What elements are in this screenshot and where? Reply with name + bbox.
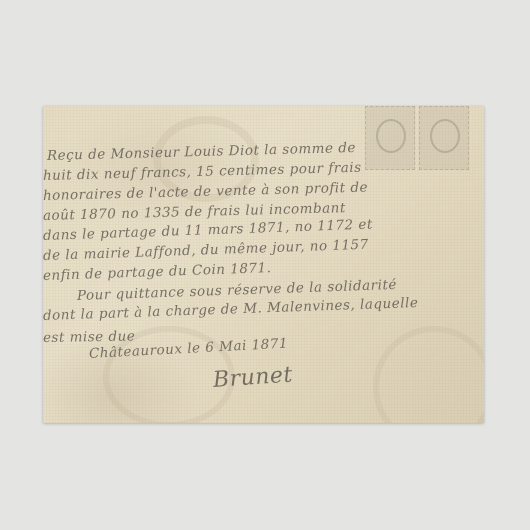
signature: Brunet	[212, 362, 293, 393]
handwriting-line: enfin de partage du Coin 1871.	[43, 260, 272, 284]
vintage-document-card: Reçu de Monsieur Louis Diot la somme de …	[43, 106, 484, 423]
handwritten-text: Reçu de Monsieur Louis Diot la somme de …	[43, 106, 484, 423]
